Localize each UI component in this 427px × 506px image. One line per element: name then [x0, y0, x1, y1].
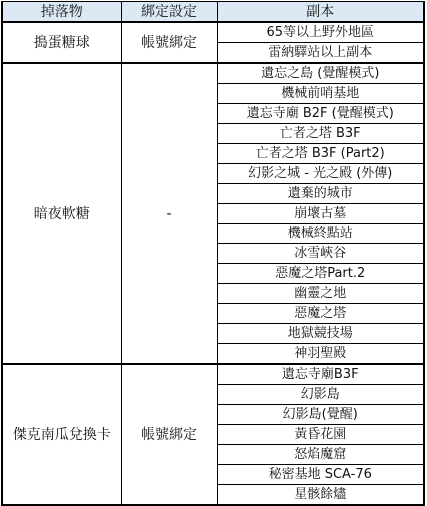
dungeon-cell: 怒焰魔窟	[217, 445, 424, 465]
item-cell: 暗夜軟糖	[2, 63, 121, 364]
header-row: 掉落物 綁定設定 副本	[2, 2, 424, 23]
dungeon-cell: 崩壞古墓	[217, 204, 424, 224]
drop-table: 掉落物 綁定設定 副本 搗蛋糖球 帳號綁定 65等以上野外地區 雷納驛站以上副本…	[1, 1, 425, 506]
dungeon-cell: 遺忘寺廟B3F	[217, 364, 424, 385]
table-row: 傑克南瓜兌換卡 帳號綁定 遺忘寺廟B3F	[2, 364, 424, 385]
table-row: 暗夜軟糖 - 遺忘之島 (覺醒模式)	[2, 63, 424, 84]
dungeon-cell: 幻影之城 - 光之殿 (外傳)	[217, 164, 424, 184]
header-binding: 綁定設定	[121, 2, 217, 23]
dungeon-cell: 幻影島(覺醒)	[217, 405, 424, 425]
dungeon-cell: 幽靈之地	[217, 284, 424, 304]
dungeon-cell: 65等以上野外地區	[217, 22, 424, 43]
header-item: 掉落物	[2, 2, 121, 23]
dungeon-cell: 遺忘之島 (覺醒模式)	[217, 63, 424, 84]
dungeon-cell: 雷納驛站以上副本	[217, 43, 424, 64]
dungeon-cell: 神羽聖殿	[217, 344, 424, 365]
binding-cell: 帳號綁定	[121, 22, 217, 63]
dungeon-cell: 亡者之塔 B3F	[217, 124, 424, 144]
dungeon-cell: 遺忘寺廟 B2F (覺醒模式)	[217, 104, 424, 124]
dungeon-cell: 地獄競技場	[217, 324, 424, 344]
dungeon-cell: 幻影島	[217, 385, 424, 405]
item-cell: 傑克南瓜兌換卡	[2, 364, 121, 505]
dungeon-cell: 遺棄的城市	[217, 184, 424, 204]
dungeon-cell: 黃昏花園	[217, 425, 424, 445]
item-cell: 搗蛋糖球	[2, 22, 121, 63]
dungeon-cell: 惡魔之塔	[217, 304, 424, 324]
dungeon-cell: 秘密基地 SCA-76	[217, 465, 424, 485]
header-dungeon: 副本	[217, 2, 424, 23]
binding-cell: -	[121, 63, 217, 364]
dungeon-cell: 亡者之塔 B3F (Part2)	[217, 144, 424, 164]
dungeon-cell: 星骸餘燼	[217, 485, 424, 506]
table-row: 搗蛋糖球 帳號綁定 65等以上野外地區	[2, 22, 424, 43]
dungeon-cell: 冰雪峽谷	[217, 244, 424, 264]
dungeon-cell: 惡魔之塔Part.2	[217, 264, 424, 284]
binding-cell: 帳號綁定	[121, 364, 217, 505]
dungeon-cell: 機械終點站	[217, 224, 424, 244]
dungeon-cell: 機械前哨基地	[217, 84, 424, 104]
